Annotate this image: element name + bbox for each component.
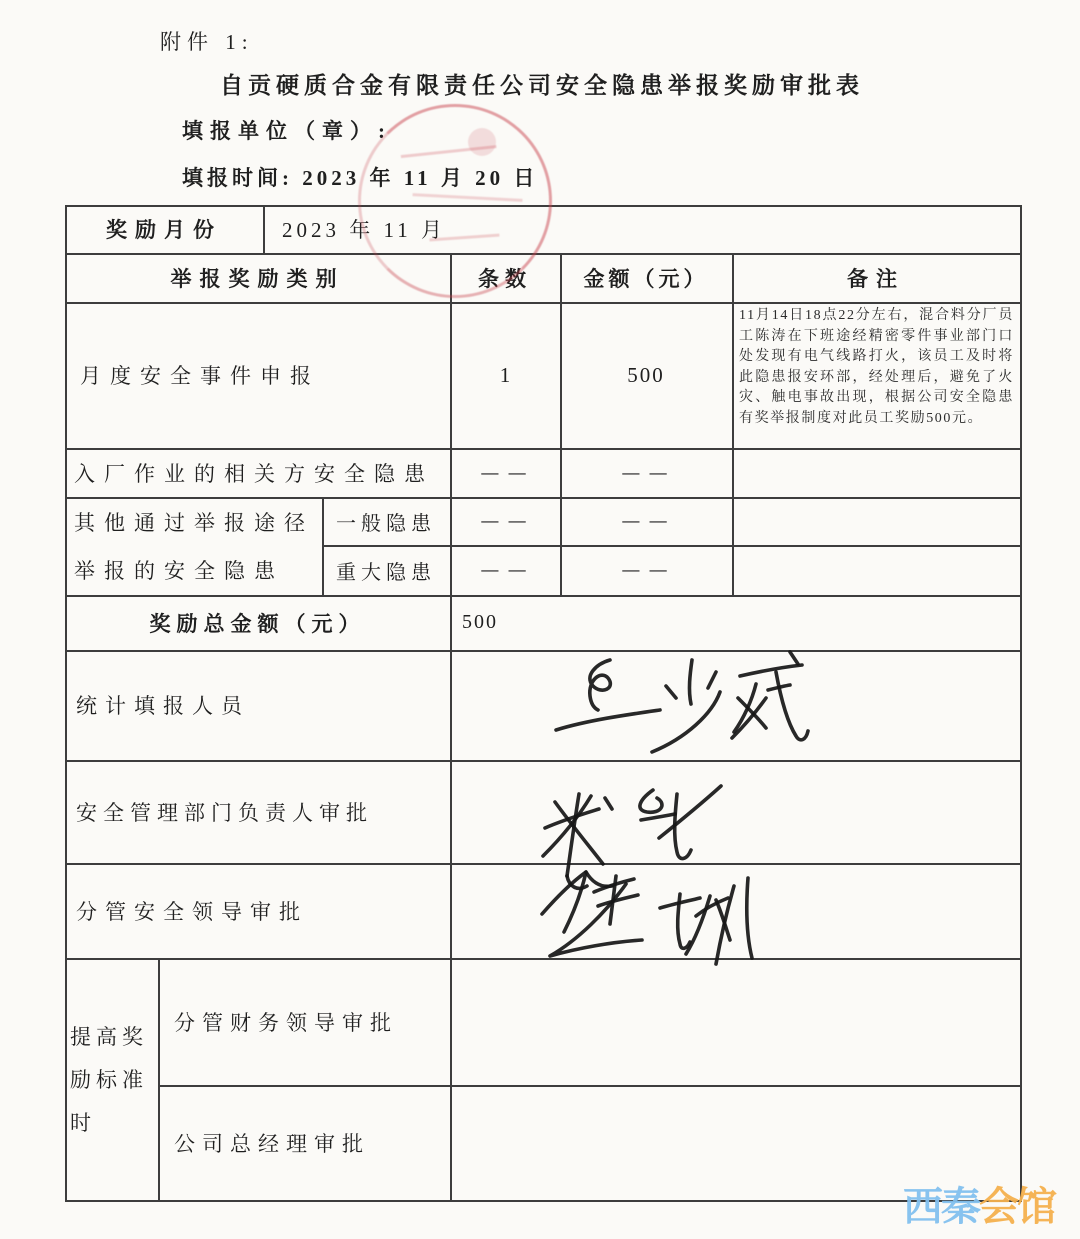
- reward-month-label: 奖励月份: [65, 205, 263, 253]
- row-monthly-count: 1: [450, 302, 560, 448]
- raise-standard-line2: 励标准: [70, 1064, 158, 1094]
- watermark-blue-part: 西秦: [903, 1185, 979, 1229]
- site-watermark: 西秦会馆: [903, 1185, 1055, 1229]
- grid-line: [263, 205, 265, 253]
- row-monthly-remark: 11月14日18点22分左右，混合料分厂员工陈涛在下班途经精密零件事业部门口处发…: [739, 306, 1014, 446]
- row-related-label: 入厂作业的相关方安全隐患: [74, 448, 448, 497]
- row-general-hazard-count: — —: [450, 497, 560, 545]
- row-other-label-line1: 其他通过举报途径: [74, 497, 322, 546]
- row-general-hazard-amount: — —: [560, 497, 732, 545]
- statistician-label: 统计填报人员: [76, 650, 446, 760]
- row-monthly-amount: 500: [560, 302, 732, 448]
- grid-line: [158, 958, 160, 1200]
- row-major-hazard-label: 重大隐患: [322, 545, 450, 595]
- row-major-hazard-count: — —: [450, 545, 560, 595]
- grid-line: [65, 1200, 1022, 1202]
- row-other-label-line2: 举报的安全隐患: [74, 545, 322, 595]
- total-amount-value: 500: [462, 595, 762, 650]
- raise-standard-label: 提高奖 励标准 时: [70, 958, 158, 1200]
- finance-leader-approval-label: 分管财务领导审批: [174, 958, 450, 1085]
- grid-line: [732, 253, 734, 595]
- signature-statistician: [540, 646, 810, 764]
- total-amount-label: 奖励总金额（元）: [65, 595, 450, 650]
- safety-leader-approval-label: 分管安全领导审批: [76, 863, 446, 958]
- row-related-amount: — —: [560, 448, 732, 497]
- col-header-amount: 金额（元）: [560, 253, 732, 302]
- page-title: 自贡硬质合金有限责任公司安全隐患举报奖励审批表: [220, 66, 940, 100]
- raise-standard-line3: 时: [70, 1107, 158, 1137]
- row-major-hazard-amount: — —: [560, 545, 732, 595]
- signature-safety-leader: [528, 852, 768, 977]
- col-header-remark: 备注: [732, 253, 1020, 302]
- raise-standard-line1: 提高奖: [70, 1021, 158, 1051]
- row-general-hazard-label: 一般隐患: [322, 497, 450, 545]
- row-monthly-label: 月度安全事件申报: [80, 302, 448, 448]
- general-manager-approval-label: 公司总经理审批: [174, 1085, 450, 1200]
- grid-line: [1020, 205, 1022, 1201]
- attachment-label: 附件 1:: [160, 26, 380, 56]
- stamp-mark: [468, 128, 496, 156]
- row-related-count: — —: [450, 448, 560, 497]
- grid-line: [65, 205, 67, 1201]
- watermark-orange-part: 会馆: [979, 1185, 1055, 1229]
- scanned-approval-form: { "header": { "attachment": "附件 1:", "ti…: [0, 0, 1080, 1239]
- safety-dept-approval-label: 安全管理部门负责人审批: [76, 760, 450, 863]
